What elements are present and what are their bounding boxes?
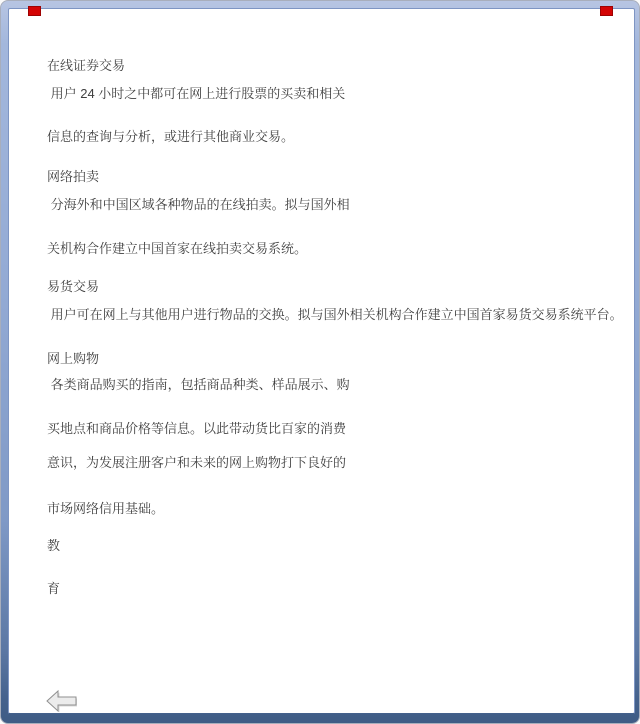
back-arrow-icon	[44, 702, 77, 717]
section-title-education-char-2: 育	[47, 580, 60, 597]
red-marker-left-icon	[28, 6, 41, 16]
section-body-line: 用户 24 小时之中都可在网上进行股票的买卖和相关	[47, 85, 345, 102]
section-body-line: 各类商品购买的指南，包括商品种类、样品展示、购	[47, 376, 350, 393]
section-title-network-auction: 网络拍卖	[47, 168, 99, 185]
slide-page	[8, 8, 635, 714]
section-title-online-securities: 在线证券交易	[47, 57, 125, 74]
red-marker-right-icon	[600, 6, 613, 16]
section-body-line: 用户可在网上与其他用户进行物品的交换。拟与国外相关机构合作建立中国首家易货交易系…	[47, 306, 623, 323]
slide-viewer: 在线证券交易 用户 24 小时之中都可在网上进行股票的买卖和相关 信息的查询与分…	[0, 0, 640, 724]
section-title-online-shopping: 网上购物	[47, 350, 99, 367]
section-body-line: 买地点和商品价格等信息。以此带动货比百家的消费	[47, 420, 346, 437]
section-body-line: 市场网络信用基础。	[47, 500, 164, 517]
section-body-line: 分海外和中国区域各种物品的在线拍卖。拟与国外相	[47, 196, 350, 213]
section-title-education-char-1: 教	[47, 537, 60, 554]
section-title-barter-trading: 易货交易	[47, 278, 99, 295]
back-button[interactable]	[44, 688, 77, 714]
section-body-line: 意识，为发展注册客户和未来的网上购物打下良好的	[47, 454, 346, 471]
section-body-line: 信息的查询与分析，或进行其他商业交易。	[47, 128, 294, 145]
section-body-line: 关机构合作建立中国首家在线拍卖交易系统。	[47, 240, 307, 257]
